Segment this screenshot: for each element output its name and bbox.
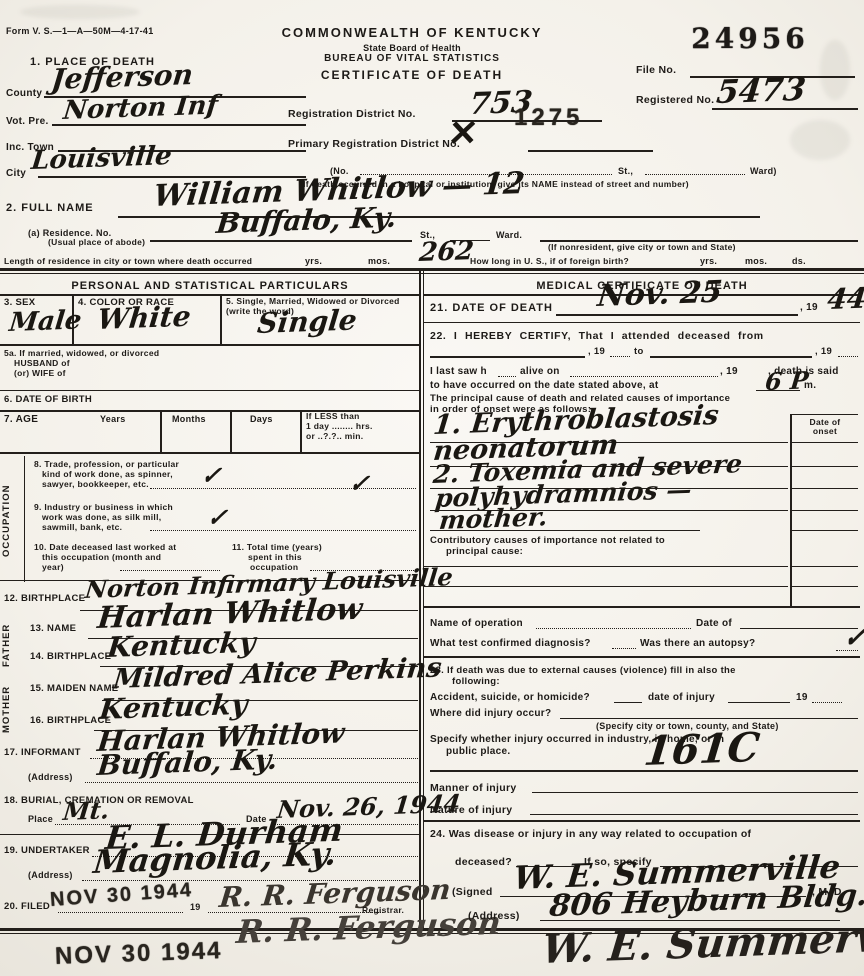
nature-injury-blank [530, 814, 858, 815]
filed-year-label: 19 [190, 902, 201, 912]
length-residence-value: 262 [418, 238, 475, 266]
length-residence-label: Length of residence in city or town wher… [4, 257, 252, 267]
bottom-physician-signature: W. E. Summerville [540, 916, 864, 970]
contributory-line2: principal cause: [446, 547, 523, 558]
date-of-death-value: Nov. 25 [596, 278, 724, 312]
age-years-header: Years [100, 414, 126, 424]
specify-blank [430, 770, 858, 772]
file-no-label: File No. [636, 64, 676, 76]
operation-blank [536, 628, 691, 629]
injury-date-blank [728, 702, 790, 703]
informant-address-blank [85, 782, 418, 783]
lastsaw-label: I last saw h [430, 366, 487, 378]
age-less-line3: or ..?.?.. min. [306, 432, 363, 442]
date-of-death-blank [556, 314, 798, 316]
column-divider [423, 270, 424, 930]
residence-sublabel: (Usual place of abode) [48, 238, 145, 248]
filed-date-stamp: NOV 30 1944 [49, 879, 193, 912]
manner-injury-blank [532, 792, 858, 793]
row-rule [424, 656, 860, 658]
injury-year-label: 19 [796, 692, 808, 704]
street-ward-blank [645, 174, 745, 175]
scan-smudge [20, 5, 140, 19]
onset-box-border [790, 414, 858, 415]
ward-label: Ward. [496, 230, 522, 240]
death-certificate-scan: Form V. S.—1—A—50M—4-17-41 COMMONWEALTH … [0, 0, 864, 976]
occurred-label: to have occurred on the date stated abov… [430, 380, 659, 392]
sex-value: Male [8, 307, 83, 336]
onset-line [792, 530, 858, 531]
grid-line [220, 294, 222, 344]
accident-blank [614, 702, 642, 703]
mother-side-label: MOTHER [2, 680, 13, 738]
county-value: Jefferson [50, 61, 194, 94]
burial-place-value: Mt. [62, 798, 111, 824]
undertaker-address-value: Magnolia, Ky. [92, 837, 338, 878]
personal-section-title: PERSONAL AND STATISTICAL PARTICULARS [0, 280, 420, 293]
informant-address-value: Buffalo, Ky. [96, 746, 279, 780]
manner-injury-label: Manner of injury [430, 782, 516, 794]
row-rule [424, 820, 860, 822]
onset-line [792, 510, 858, 511]
residence-value: Buffalo, Ky. [215, 204, 398, 238]
father-birthplace-value: Kentucky [106, 629, 257, 662]
accident-label: Accident, suicide, or homicide? [430, 692, 590, 704]
occupation-bracket [24, 456, 25, 582]
alive-on-label: alive on [520, 366, 560, 378]
certify-to-label: to [634, 347, 644, 358]
informant-address-label: (Address) [28, 772, 73, 782]
city-value: Louisville [30, 143, 173, 174]
date-of-death-label: 21. DATE OF DEATH [430, 302, 553, 315]
specify-injury-line2: public place. [446, 746, 510, 758]
section-rule [0, 268, 864, 271]
mos-label-2: mos. [745, 256, 767, 266]
mother-birthplace-value: Kentucky [98, 691, 249, 724]
age-grid [160, 410, 162, 452]
operation-date-blank [740, 628, 858, 629]
occupation-side-label: OCCUPATION [2, 460, 13, 582]
footer-registrar-signature: R. R. Ferguson [235, 907, 502, 948]
occupation-question-line1: 24. Was disease or injury in any way rel… [430, 828, 751, 840]
certify-to-blank [650, 356, 812, 358]
injury-year-blank [812, 702, 842, 703]
certify-statement: 22. I HEREBY CERTIFY, That I attended de… [430, 330, 764, 342]
autopsy-label: Was there an autopsy? [640, 638, 755, 650]
onset-header-line2: onset [792, 427, 858, 437]
row-rule [424, 606, 860, 608]
age-label: 7. AGE [4, 414, 38, 426]
autopsy-check-mark: ✓ [842, 623, 864, 652]
full-name-label: 2. FULL NAME [6, 202, 94, 215]
dod-year-value: 44 [826, 285, 864, 314]
external-causes-line2: following: [452, 677, 500, 688]
m-label: m. [804, 380, 816, 392]
vot-pre-value: Norton Inf [62, 93, 219, 124]
column-divider [419, 270, 421, 930]
onset-line [792, 442, 858, 443]
certify-year-a: , 19 [588, 347, 605, 358]
physician-address-label: (Address) [468, 910, 520, 922]
test-blank [612, 648, 636, 649]
onset-line [792, 466, 858, 467]
undertaker-address-label: (Address) [28, 870, 73, 880]
scan-smudge [790, 120, 850, 160]
age-days-header: Days [250, 414, 273, 424]
age-grid [0, 452, 420, 454]
industry-label-line3: sawmill, bank, etc. [42, 523, 122, 533]
city-label: City [6, 168, 26, 180]
section-rule [0, 273, 864, 274]
trade-check-mark-2: ✓ [348, 471, 371, 496]
title-commonwealth: COMMONWEALTH OF KENTUCKY [262, 26, 562, 41]
registered-no-blank [712, 108, 858, 110]
trade-label-line3: sawyer, bookkeeper, etc. [42, 480, 149, 490]
registration-district-stamp: 1275 [514, 104, 583, 132]
father-side-label: FATHER [2, 616, 13, 674]
primary-district-x-mark: ✕ [446, 115, 480, 152]
primary-district-label: Primary Registration District No. [288, 138, 460, 150]
onset-line [792, 586, 858, 587]
onset-line [792, 566, 858, 567]
specify-injury-value: 161C [642, 728, 761, 772]
registration-district-label: Registration District No. [288, 108, 416, 120]
industry-check-mark: ✓ [206, 505, 229, 530]
residence-blank [150, 240, 412, 242]
dob-label: 6. DATE OF BIRTH [4, 395, 92, 406]
trade-blank [150, 488, 416, 489]
filed-blank [58, 912, 183, 913]
hour-blank [756, 390, 800, 391]
certify-year-a-blank [610, 356, 630, 357]
occupation-question-line2: deceased? [455, 856, 512, 868]
registered-no-label: Registered No. [636, 94, 714, 106]
undertaker-label: 19. UNDERTAKER [4, 846, 90, 857]
yrs-label-2: yrs. [700, 256, 717, 266]
autopsy-blank [836, 650, 858, 651]
lastsaw-year-label: , 19 [720, 366, 738, 378]
nature-injury-label: Nature of injury [430, 804, 512, 816]
vot-pre-blank [52, 124, 306, 126]
race-value: White [96, 303, 192, 334]
contributory-blank [424, 566, 788, 567]
cause-of-death-line5: mother. [438, 504, 549, 533]
age-grid [230, 410, 232, 452]
row-rule [0, 390, 420, 391]
operation-date-label: Date of [696, 618, 732, 630]
injury-date-label: date of injury [648, 692, 715, 704]
street-ward-label: Ward) [750, 166, 777, 176]
industry-blank [150, 530, 416, 531]
contributory-blank [424, 586, 788, 587]
father-name-label: 13. NAME [30, 624, 76, 635]
marital-value: Single [256, 306, 358, 338]
certify-from-blank [430, 356, 585, 358]
where-injury-blank [560, 718, 858, 719]
full-name-blank [118, 216, 760, 218]
age-grid [300, 410, 302, 452]
registered-no-value: 5473 [715, 73, 807, 108]
county-label: County [6, 88, 42, 100]
burial-place-label: Place [28, 814, 53, 824]
certify-year-b: , 19 [815, 347, 832, 358]
grid-line [0, 344, 420, 346]
trade-check-mark: ✓ [200, 463, 223, 488]
onset-line [792, 488, 858, 489]
father-birthplace-label: 14. BIRTHPLACE [30, 652, 111, 663]
filed-label: 20. FILED [4, 902, 50, 913]
serial-number-stamp: 24956 [660, 22, 840, 55]
street-st-label: St., [618, 166, 633, 176]
test-label: What test confirmed diagnosis? [430, 638, 591, 650]
form-number: Form V. S.—1—A—50M—4-17-41 [6, 26, 154, 36]
last-worked-line3: year) [42, 563, 64, 573]
signed-label: (Signed [452, 886, 493, 898]
birthplace-label: 12. BIRTHPLACE [4, 594, 85, 605]
yrs-label-1: yrs. [305, 256, 322, 266]
dod-year-label: , 19 [800, 302, 818, 314]
lastsaw-blank-1 [498, 376, 516, 377]
us-length-label: How long in U. S., if of foreign birth? [470, 257, 629, 267]
certify-year-b-blank [838, 356, 858, 357]
alive-on-blank [570, 376, 718, 377]
marital2-line3: (or) WIFE of [14, 369, 66, 379]
title-board: State Board of Health [262, 43, 562, 53]
where-injury-label: Where did injury occur? [430, 708, 551, 720]
informant-label: 17. INFORMANT [4, 748, 81, 759]
ds-label-2: ds. [792, 256, 806, 266]
cause-blank [430, 530, 700, 531]
age-months-header: Months [172, 414, 206, 424]
mos-label-1: mos. [368, 256, 390, 266]
title-bureau: BUREAU OF VITAL STATISTICS [262, 53, 562, 65]
primary-district-blank [528, 150, 653, 152]
filed-date-stamp-bottom: NOV 30 1944 [55, 937, 223, 971]
title-certificate: CERTIFICATE OF DEATH [262, 69, 562, 83]
vot-pre-label: Vot. Pre. [6, 116, 49, 128]
operation-label: Name of operation [430, 618, 523, 630]
row-rule [424, 322, 860, 323]
nonresident-note: (If nonresident, give city or town and S… [548, 243, 736, 253]
